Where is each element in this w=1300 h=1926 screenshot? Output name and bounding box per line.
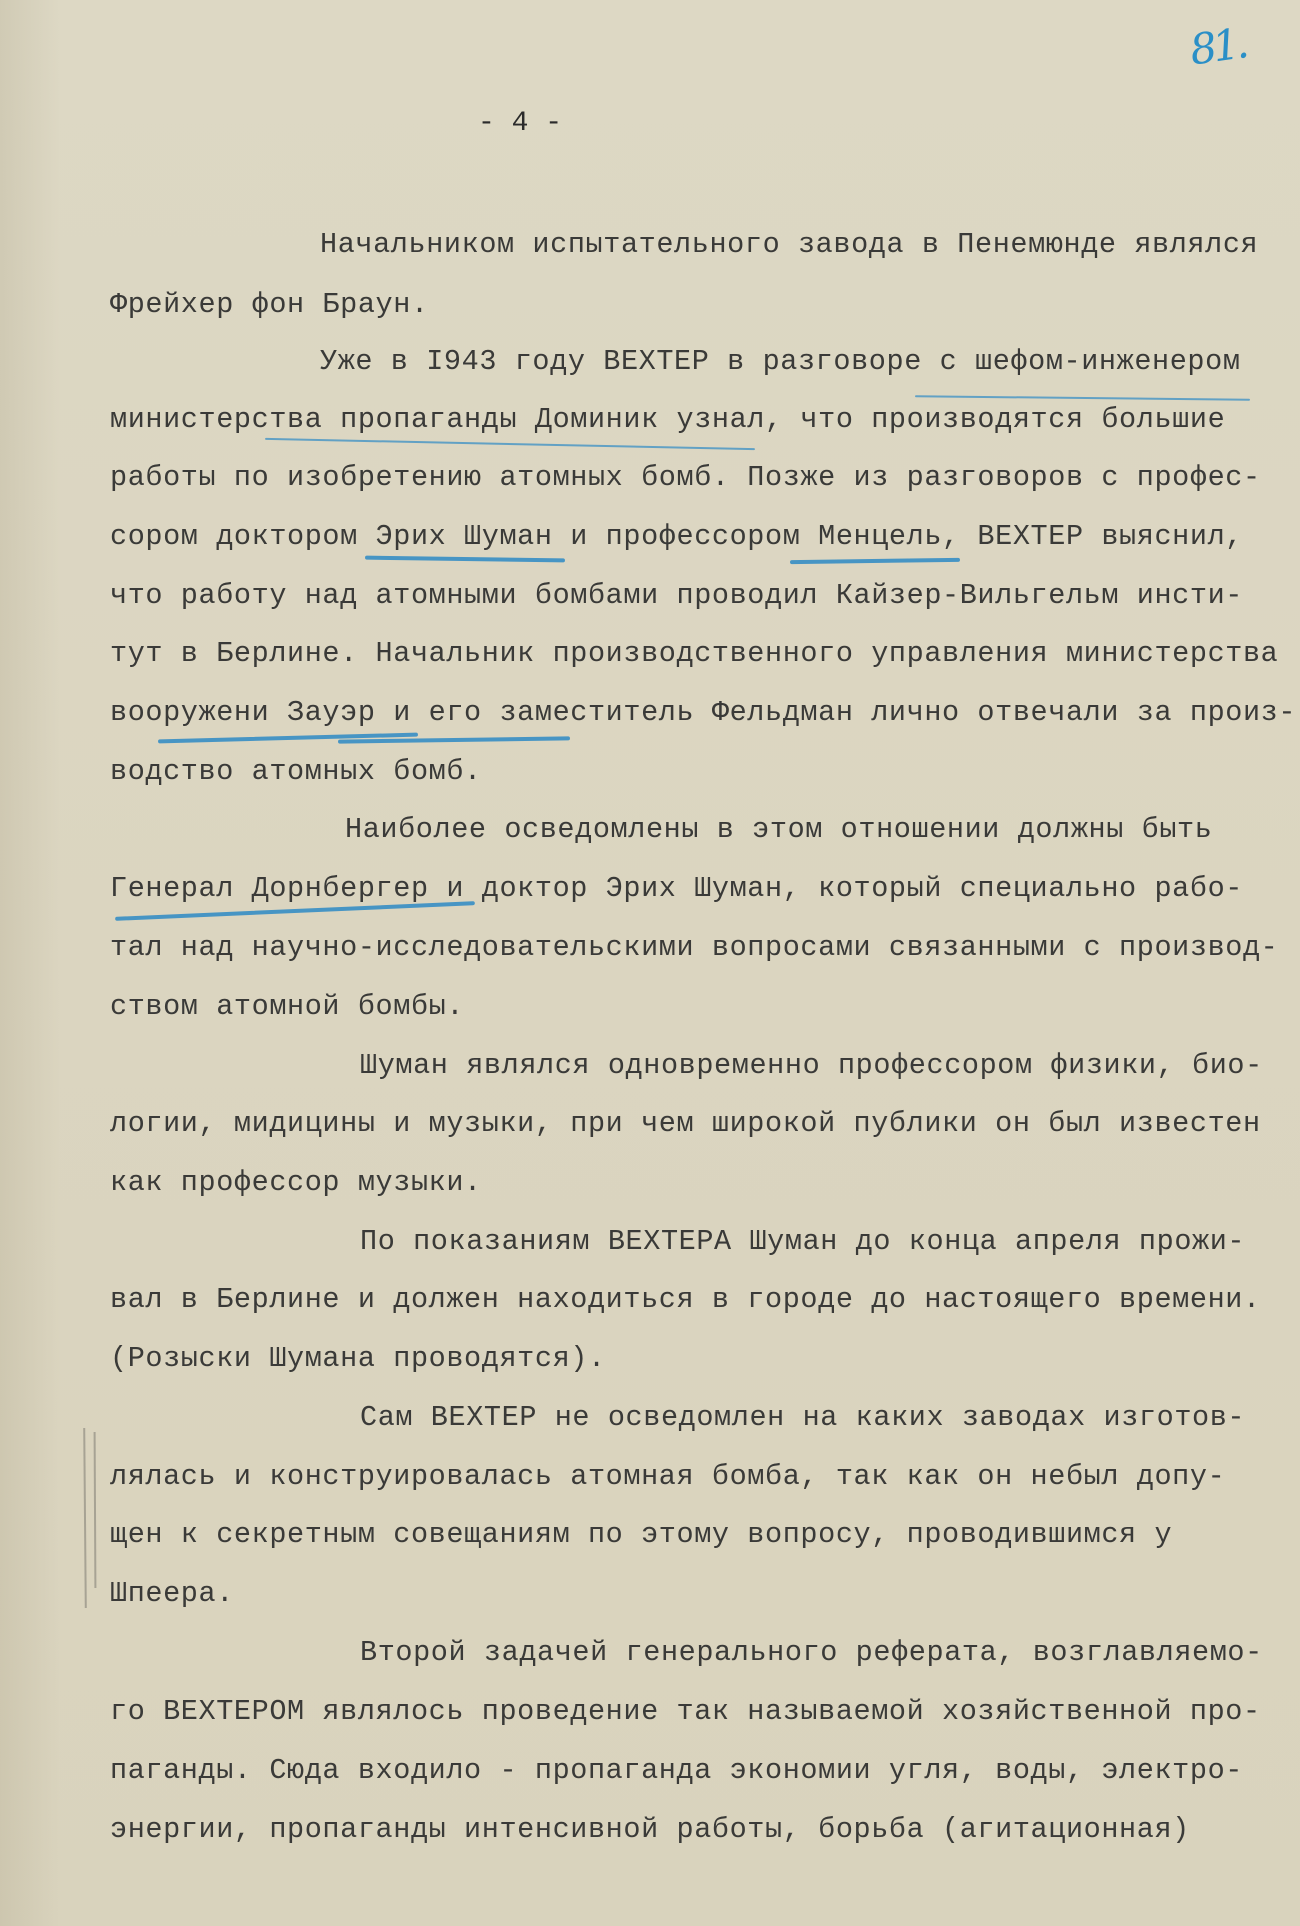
pencil-underline xyxy=(915,395,1250,401)
document-page: 81. - 4 - Начальником испытательного зав… xyxy=(0,0,1300,1926)
text-line: паганды. Сюда входило - пропаганда эконо… xyxy=(110,1754,1243,1788)
text-line: логии, мидицины и музыки, при чем широко… xyxy=(110,1107,1261,1141)
text-line: Генерал Дорнбергер и доктор Эрих Шуман, … xyxy=(110,872,1243,906)
text-line: лялась и конструировалась атомная бомба,… xyxy=(110,1460,1225,1494)
text-line: сором доктором Эрих Шуман и профессором … xyxy=(110,520,1243,554)
text-line: Второй задачей генерального реферата, во… xyxy=(360,1636,1263,1670)
text-line: Наиболее осведомлены в этом отношении до… xyxy=(345,813,1212,847)
text-line: (Розыски Шумана проводятся). xyxy=(110,1342,606,1376)
text-line: вал в Берлине и должен находиться в горо… xyxy=(110,1283,1261,1317)
text-line: тал над научно-исследовательскими вопрос… xyxy=(110,931,1278,965)
text-line: министерства пропаганды Доминик узнал, ч… xyxy=(110,403,1225,437)
text-line: Фрейхер фон Браун. xyxy=(110,288,429,322)
pencil-underline xyxy=(365,556,565,563)
text-line: работы по изобретению атомных бомб. Позж… xyxy=(110,461,1261,495)
text-line: Сам ВЕХТЕР не осведомлен на каких завода… xyxy=(360,1401,1245,1435)
text-line: Шпеера. xyxy=(110,1577,234,1611)
text-line: го ВЕХТЕРОМ являлось проведение так назы… xyxy=(110,1695,1261,1729)
text-line: Уже в I943 году ВЕХТЕР в разговоре с шеф… xyxy=(320,345,1241,379)
page-number: - 4 - xyxy=(478,108,562,139)
text-line: Начальником испытательного завода в Пене… xyxy=(320,228,1258,262)
text-line: вооружени Зауэр и его заместитель Фельдм… xyxy=(110,696,1296,730)
text-line: водство атомных бомб. xyxy=(110,755,482,789)
text-line: щен к секретным совещаниям по этому вопр… xyxy=(110,1518,1172,1552)
text-line: По показаниям ВЕХТЕРА Шуман до конца апр… xyxy=(360,1225,1245,1259)
margin-mark xyxy=(83,1428,87,1608)
pencil-underline xyxy=(790,558,960,564)
text-line: энергии, пропаганды интенсивной работы, … xyxy=(110,1813,1190,1847)
text-line: что работу над атомными бомбами проводил… xyxy=(110,579,1243,613)
handwritten-folio-number: 81. xyxy=(1187,18,1248,74)
text-line: тут в Берлине. Начальник производственно… xyxy=(110,637,1278,671)
text-line: Шуман являлся одновременно профессором ф… xyxy=(360,1049,1263,1083)
pencil-underline xyxy=(265,438,755,450)
margin-mark xyxy=(94,1432,97,1588)
text-line: ством атомной бомбы. xyxy=(110,990,464,1024)
text-line: как профессор музыки. xyxy=(110,1166,482,1200)
